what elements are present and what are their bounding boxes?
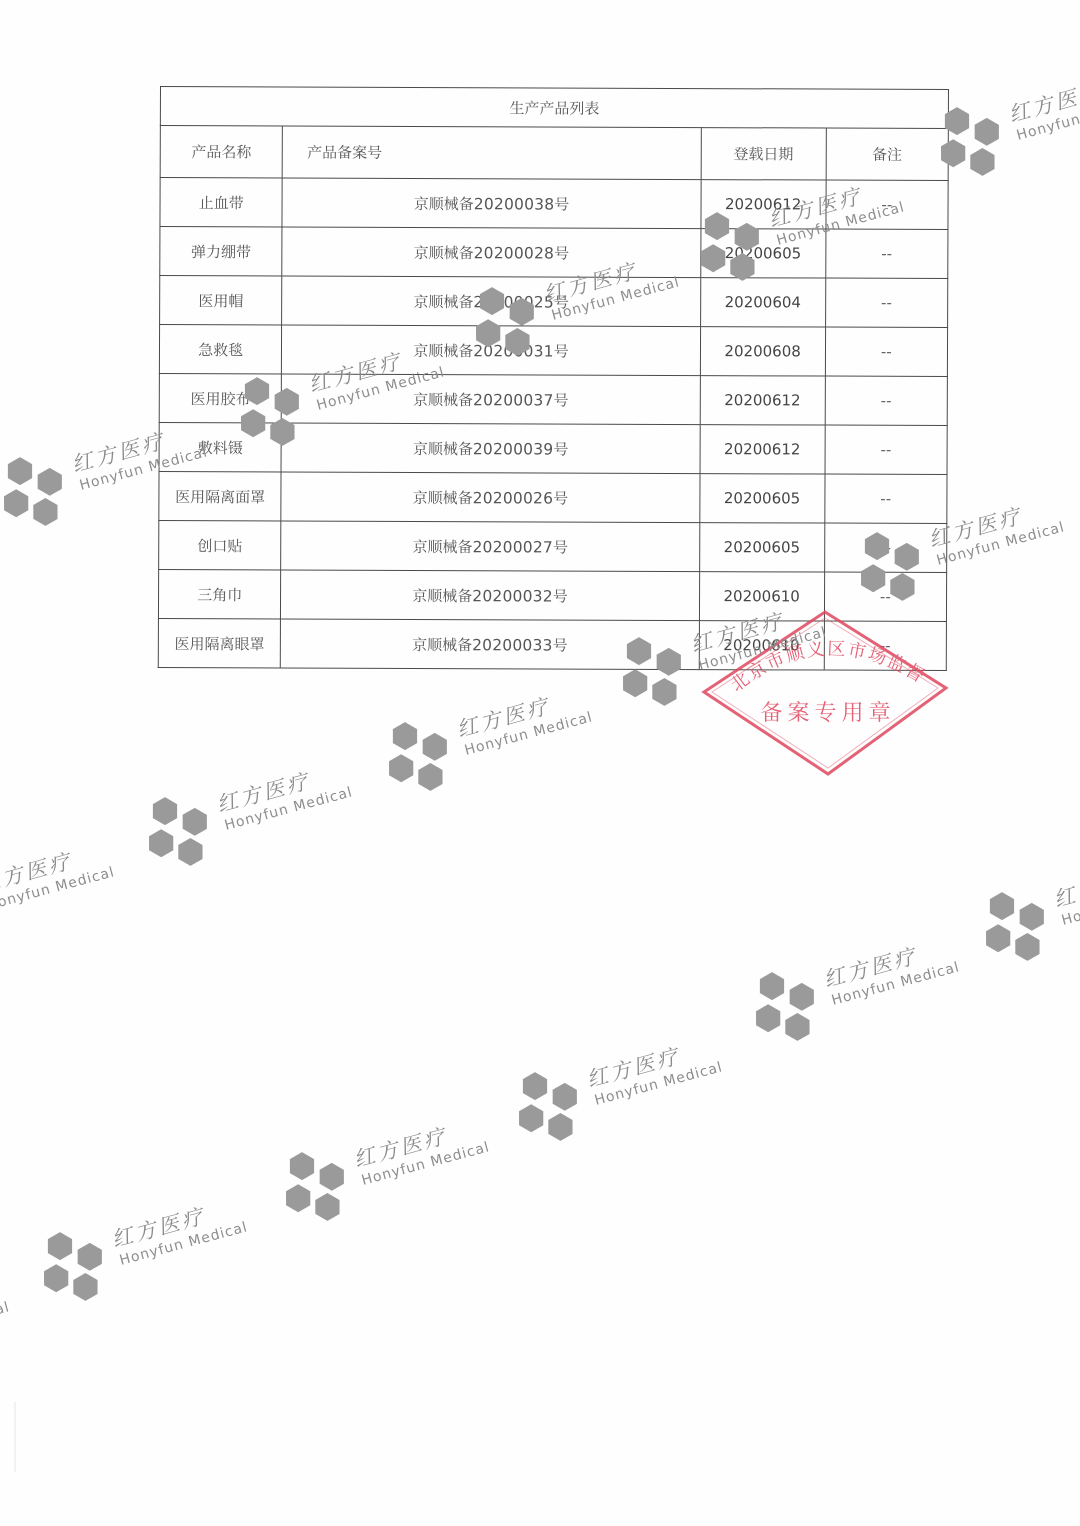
watermark-english: Honyfun Medical bbox=[463, 709, 595, 759]
registration-date: 20200612 bbox=[701, 180, 826, 229]
table-row: 急救毯京顺械备20200031号20200608-- bbox=[159, 325, 947, 377]
registration-suffix: 号 bbox=[553, 587, 568, 605]
product-list-table: 生产产品列表 产品名称 产品备案号 登载日期 备注 止血带京顺械备2020003… bbox=[158, 86, 949, 671]
registration-date: 20200608 bbox=[700, 327, 825, 376]
registration-suffix: 号 bbox=[554, 293, 569, 311]
registration-digits: 20200025 bbox=[473, 293, 554, 311]
product-name: 止血带 bbox=[160, 178, 283, 227]
registration-number: 京顺械备20200037号 bbox=[282, 374, 701, 425]
registration-prefix: 京顺械备 bbox=[413, 390, 473, 408]
product-name: 弹力绷带 bbox=[160, 227, 283, 276]
registration-prefix: 京顺械备 bbox=[412, 586, 472, 604]
watermark-english: Honyfun Medical bbox=[593, 1059, 725, 1109]
product-name: 医用隔离眼罩 bbox=[158, 618, 281, 667]
watermark: 红方医疗Honyfun Medical bbox=[0, 819, 148, 968]
registration-digits: 20200039 bbox=[473, 440, 554, 458]
registration-date: 20200604 bbox=[700, 278, 825, 327]
product-name: 医用帽 bbox=[160, 276, 283, 325]
registration-number: 京顺械备20200026号 bbox=[281, 472, 700, 523]
registration-date: 20200605 bbox=[699, 523, 824, 572]
registration-date: 20200612 bbox=[700, 376, 825, 425]
seal-inner-text: 备案专用章 bbox=[760, 701, 895, 726]
note: -- bbox=[825, 229, 948, 278]
table-row: 弹力绷带京顺械备20200028号20200605-- bbox=[160, 227, 948, 279]
watermark-chinese: 红方医疗 bbox=[1005, 75, 1080, 129]
watermark-chinese: 红方医疗 bbox=[68, 425, 168, 479]
document-page: 生产产品列表 产品名称 产品备案号 登载日期 备注 止血带京顺械备2020003… bbox=[0, 0, 1080, 1526]
registration-prefix: 京顺械备 bbox=[414, 194, 474, 212]
watermark-chinese: 红方医疗 bbox=[1050, 860, 1080, 914]
note: -- bbox=[824, 523, 947, 572]
watermark-chinese: 红方医疗 bbox=[820, 940, 920, 994]
table-row: 医用隔离眼罩京顺械备20200033号20200610-- bbox=[158, 618, 946, 670]
hexagon-logo-icon bbox=[501, 1056, 599, 1154]
registration-number: 京顺械备20200025号 bbox=[282, 276, 701, 327]
watermark-english: Honyfun Medical bbox=[830, 959, 962, 1009]
product-name: 敷料镊 bbox=[159, 422, 282, 471]
table-row: 止血带京顺械备20200038号20200612-- bbox=[160, 178, 948, 230]
watermark: 红方医疗Honyfun Medical bbox=[371, 664, 626, 813]
registration-digits: 20200032 bbox=[472, 587, 553, 605]
registration-digits: 20200027 bbox=[472, 538, 553, 556]
column-header-date: 登载日期 bbox=[701, 128, 826, 180]
column-header-note: 备注 bbox=[826, 128, 949, 180]
table-row: 医用隔离面罩京顺械备20200026号20200605-- bbox=[159, 471, 947, 523]
registration-prefix: 京顺械备 bbox=[413, 292, 473, 310]
registration-suffix: 号 bbox=[554, 342, 569, 360]
note: -- bbox=[824, 474, 947, 523]
registration-date: 20200610 bbox=[699, 572, 824, 621]
watermark: 红方医疗Honyfun Medical bbox=[26, 1174, 281, 1323]
watermark-english: Honyfun Medical bbox=[223, 784, 355, 834]
note: -- bbox=[824, 621, 947, 670]
watermark-chinese: 红方医疗 bbox=[213, 765, 313, 819]
registration-number: 京顺械备20200038号 bbox=[282, 178, 701, 229]
table-row: 敷料镊京顺械备20200039号20200612-- bbox=[159, 422, 947, 474]
hexagon-logo-icon bbox=[131, 781, 229, 879]
note: -- bbox=[825, 278, 948, 327]
registration-digits: 20200026 bbox=[473, 489, 554, 507]
watermark-english: Honyfun Medical bbox=[360, 1139, 492, 1189]
watermark-english: Honyfun Medical bbox=[1015, 94, 1080, 144]
watermark-chinese: 红方医疗 bbox=[453, 690, 553, 744]
watermark: 红方医疗Honyfun Medical bbox=[268, 1094, 523, 1243]
registration-digits: 20200037 bbox=[473, 391, 554, 409]
watermark-chinese: 红方医疗 bbox=[350, 1120, 450, 1174]
registration-suffix: 号 bbox=[554, 195, 569, 213]
registration-number: 京顺械备20200031号 bbox=[282, 325, 701, 376]
registration-date: 20200605 bbox=[700, 229, 825, 278]
registration-prefix: 京顺械备 bbox=[412, 537, 472, 555]
watermark-chinese: 红方医疗 bbox=[0, 845, 76, 899]
registration-prefix: 京顺械备 bbox=[413, 341, 473, 359]
registration-number: 京顺械备20200039号 bbox=[281, 423, 700, 474]
registration-digits: 20200033 bbox=[472, 636, 553, 654]
watermark: 红方医疗Honyfun Medical bbox=[968, 834, 1080, 983]
watermark-chinese: 红方医疗 bbox=[108, 1200, 208, 1254]
registration-number: 京顺械备20200027号 bbox=[281, 521, 700, 572]
product-name: 三角巾 bbox=[158, 569, 281, 618]
watermark: 红方医疗Honyfun Medical bbox=[0, 1254, 43, 1403]
hexagon-logo-icon bbox=[371, 706, 469, 804]
scan-artifact bbox=[14, 1402, 16, 1472]
registration-suffix: 号 bbox=[553, 440, 568, 458]
table-row: 医用帽京顺械备20200025号20200604-- bbox=[160, 276, 948, 328]
registration-prefix: 京顺械备 bbox=[413, 488, 473, 506]
hexagon-logo-icon bbox=[968, 876, 1066, 974]
watermark-english: Honyfun Medical bbox=[0, 864, 117, 914]
watermark-english: Honyfun Medical bbox=[118, 1219, 250, 1269]
product-name: 创口贴 bbox=[159, 520, 282, 569]
note: -- bbox=[825, 327, 948, 376]
hexagon-logo-icon bbox=[0, 441, 84, 539]
watermark-english: Honyfun Medical bbox=[1060, 879, 1080, 929]
note: -- bbox=[826, 180, 949, 229]
watermark: 红方医疗Honyfun Medical bbox=[738, 914, 993, 1063]
note: -- bbox=[825, 376, 948, 425]
registration-digits: 20200031 bbox=[473, 342, 554, 360]
product-name: 急救毯 bbox=[159, 325, 282, 374]
table-title: 生产产品列表 bbox=[160, 87, 948, 129]
registration-suffix: 号 bbox=[553, 636, 568, 654]
table-row: 三角巾京顺械备20200032号20200610-- bbox=[158, 569, 946, 621]
watermark-english: Honyfun Medical bbox=[935, 519, 1067, 569]
registration-prefix: 京顺械备 bbox=[413, 439, 473, 457]
note: -- bbox=[824, 572, 947, 621]
table-row: 医用胶布京顺械备20200037号20200612-- bbox=[159, 373, 947, 425]
registration-date: 20200605 bbox=[700, 474, 825, 523]
registration-suffix: 号 bbox=[554, 244, 569, 262]
registration-suffix: 号 bbox=[554, 391, 569, 409]
registration-date: 20200610 bbox=[699, 621, 824, 670]
hexagon-logo-icon bbox=[268, 1136, 366, 1234]
note: -- bbox=[825, 425, 948, 474]
product-name: 医用胶布 bbox=[159, 373, 282, 422]
hexagon-logo-icon bbox=[738, 956, 836, 1054]
column-header-product-name: 产品名称 bbox=[160, 126, 283, 178]
registration-number: 京顺械备20200028号 bbox=[282, 227, 701, 278]
registration-digits: 20200038 bbox=[474, 195, 555, 213]
registration-prefix: 京顺械备 bbox=[414, 243, 474, 261]
watermark-chinese: 红方医疗 bbox=[583, 1040, 683, 1094]
watermark: 红方医疗Honyfun Medical bbox=[501, 1014, 756, 1163]
table-header-row: 产品名称 产品备案号 登载日期 备注 bbox=[160, 126, 948, 181]
registration-date: 20200612 bbox=[700, 425, 825, 474]
hexagon-logo-icon bbox=[26, 1216, 124, 1314]
watermark-english: Honyfun Medical bbox=[0, 1299, 12, 1349]
registration-number: 京顺械备20200033号 bbox=[281, 619, 700, 670]
registration-number: 京顺械备20200032号 bbox=[281, 570, 700, 621]
column-header-registration-number: 产品备案号 bbox=[283, 126, 702, 180]
watermark: 红方医疗Honyfun Medical bbox=[131, 739, 386, 888]
registration-suffix: 号 bbox=[553, 538, 568, 556]
registration-prefix: 京顺械备 bbox=[412, 635, 472, 653]
product-name: 医用隔离面罩 bbox=[159, 471, 282, 520]
registration-suffix: 号 bbox=[553, 489, 568, 507]
registration-digits: 20200028 bbox=[474, 244, 555, 262]
table-row: 创口贴京顺械备20200027号20200605-- bbox=[159, 520, 947, 572]
